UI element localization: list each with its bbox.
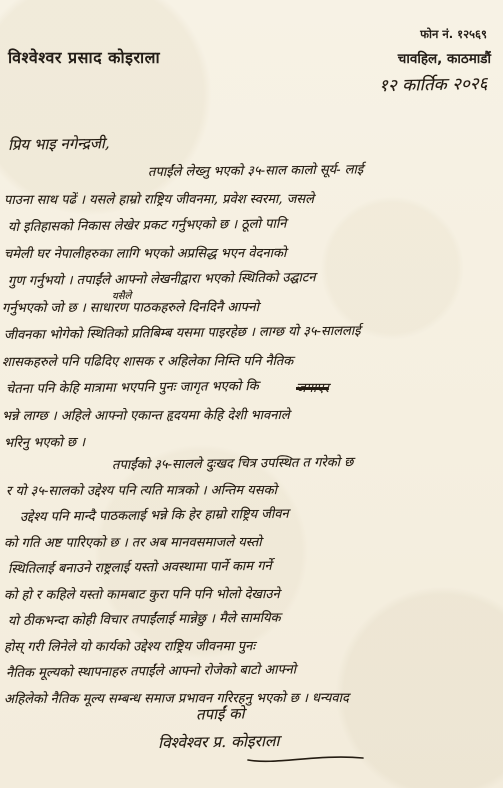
closing-line: तपाईं को	[196, 703, 245, 724]
para2-line: र यो ३५-सालको उद्देश्य पनि त्यति मात्रको…	[6, 480, 277, 499]
para2-line: को हो र कहिले यस्तो कामबाट कुरा पनि पनि …	[4, 584, 280, 603]
para1-line: गुण गर्नुभयो । तपाईंले आफ्नो लेखनीद्वारा…	[8, 267, 316, 289]
para1-line: चमेली घर नेपालीहरुका लागि भएको अप्रसिद्ध…	[4, 243, 286, 262]
para2-line: तपाईंको ३५-सालले दुःखद चित्र उपस्थित त ग…	[112, 452, 353, 473]
salutation: प्रिय भाइ नगेन्द्रजी,	[8, 133, 110, 155]
para1-line: तपाईंले लेख्नु भएको ३५-साल कालो सूर्य- ल…	[148, 159, 363, 180]
para1-line: शासकहरुले पनि पढिदिए शासक र अहिलेका निम्…	[2, 351, 293, 370]
para2-line: यो ठीकभन्दा कोही विचार तपाईंलाई मान्नेछु…	[8, 608, 281, 629]
para2-line: उद्देश्य पनि मान्दै पाठकलाई भन्ने कि हेर…	[20, 504, 289, 525]
para1-line: जीवनका भोगेको स्थितिको प्रतिबिम्ब यसमा प…	[4, 321, 361, 343]
letterhead-address: चावहिल, काठमाडौं	[398, 49, 491, 67]
signature: विश्वेश्वर प्र. कोइराला	[158, 729, 280, 753]
para1-line: यो इतिहासको निकास लेखेर प्रकट गर्नुभएको …	[8, 214, 287, 235]
para2-line: अहिलेको नैतिक मूल्य सम्बन्ध समाज प्रभावन…	[4, 688, 349, 707]
para2-line: स्थितिलाई बनाउने राष्ट्रलाई यस्तो अवस्था…	[8, 556, 272, 577]
para1-line: पाउना साथ पढें । यसले हाम्रो राष्ट्रिय ज…	[4, 189, 314, 208]
para1-line: भरिनु भएको छ ।	[4, 432, 85, 451]
para1-line: चेतना पनि केहि मात्रामा भएपनि पुनः जागृत…	[6, 376, 259, 397]
crossed-out-word: जगाएर	[296, 378, 329, 396]
para2-line: नैतिक मूल्यको स्थापनाहरु तपाईंले आफ्नो र…	[6, 659, 296, 681]
signature-flourish	[246, 752, 366, 766]
para1-line: भन्ने लाग्छ । अहिले आफ्नो एकान्त हृदयमा …	[2, 405, 290, 424]
inserted-word-above-line: यसैले	[112, 288, 132, 303]
para2-line: को गति अष्ट पारिएको छ । तर अब मानवसमाजले…	[4, 532, 262, 551]
letterhead-name: विश्वेश्वर प्रसाद कोइराला	[8, 46, 160, 68]
handwritten-date: १२ कार्तिक २०२६	[378, 71, 487, 96]
scanned-letter-page: विश्वेश्वर प्रसाद कोइराला फोन नं. १२५६९ …	[0, 0, 503, 788]
para2-line: होस् गरी लिनेले यो कार्यको उद्देश्य राष्…	[4, 636, 255, 655]
letterhead-phone: फोन नं. १२५६९	[420, 27, 487, 42]
